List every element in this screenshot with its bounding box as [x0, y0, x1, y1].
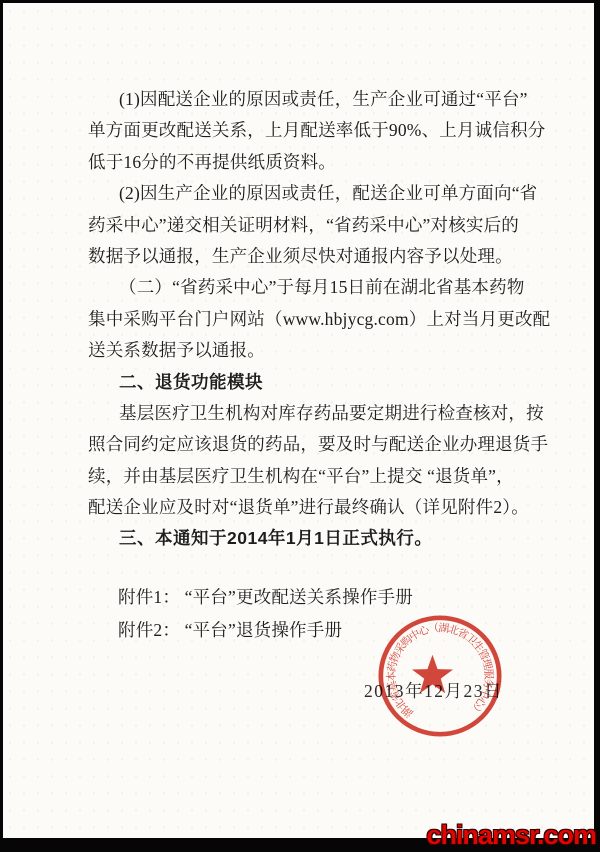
document-line: 续，并由基层医疗卫生机构在“平台”上提交 “退货单”， [88, 461, 533, 492]
section-heading-effective-date: 三、本通知于2014年1月1日正式执行。 [88, 523, 533, 554]
document-line: 配送企业应及时对“退货单”进行最终确认（详见附件2）。 [88, 492, 533, 523]
document-line: 数据予以通报，生产企业须尽快对通报内容予以处理。 [88, 241, 533, 272]
document-line: (1)因配送企业的原因或责任，生产企业可通过“平台” [88, 84, 533, 115]
document-line: 药采中心”递交相关证明材料，“省药采中心”对核实后的 [88, 210, 533, 241]
document-line: 基层医疗卫生机构对库存药品要定期进行检查核对，按 [88, 398, 533, 429]
document-line: 送关系数据予以通报。 [88, 335, 533, 366]
document-line: 照合同约定应该退货的药品，要及时与配送企业办理退货手 [88, 429, 533, 460]
document-page: (1)因配送企业的原因或责任，生产企业可通过“平台” 单方面更改配送关系，上月配… [3, 3, 594, 838]
attachment-item: 附件2： “平台”退货操作手册 [118, 614, 413, 647]
document-line: (2)因生产企业的原因或责任，配送企业可单方面向“省 [88, 178, 533, 209]
watermark: chinamsr.com [426, 820, 596, 851]
document-line: 低于16分的不再提供纸质资料。 [88, 147, 533, 178]
seal-star-icon [412, 655, 453, 693]
attachment-list: 附件1： “平台”更改配送关系操作手册 附件2： “平台”退货操作手册 [118, 581, 413, 646]
document-body: (1)因配送企业的原因或责任，生产企业可通过“平台” 单方面更改配送关系，上月配… [88, 84, 533, 555]
official-seal: 湖北省基本药物采购中心（湖北省卫生管理服务中心） [378, 615, 502, 737]
document-line: 集中采购平台门户网站（www.hbjycg.com）上对当月更改配 [88, 304, 533, 335]
scan-frame: (1)因配送企业的原因或责任，生产企业可通过“平台” 单方面更改配送关系，上月配… [0, 0, 600, 852]
attachment-item: 附件1： “平台”更改配送关系操作手册 [118, 581, 413, 614]
document-line: 单方面更改配送关系，上月配送率低于90%、上月诚信积分 [88, 115, 533, 146]
document-line: （二）“省药采中心”于每月15日前在湖北省基本药物 [88, 272, 533, 303]
section-heading-returns: 二、退货功能模块 [88, 367, 533, 398]
